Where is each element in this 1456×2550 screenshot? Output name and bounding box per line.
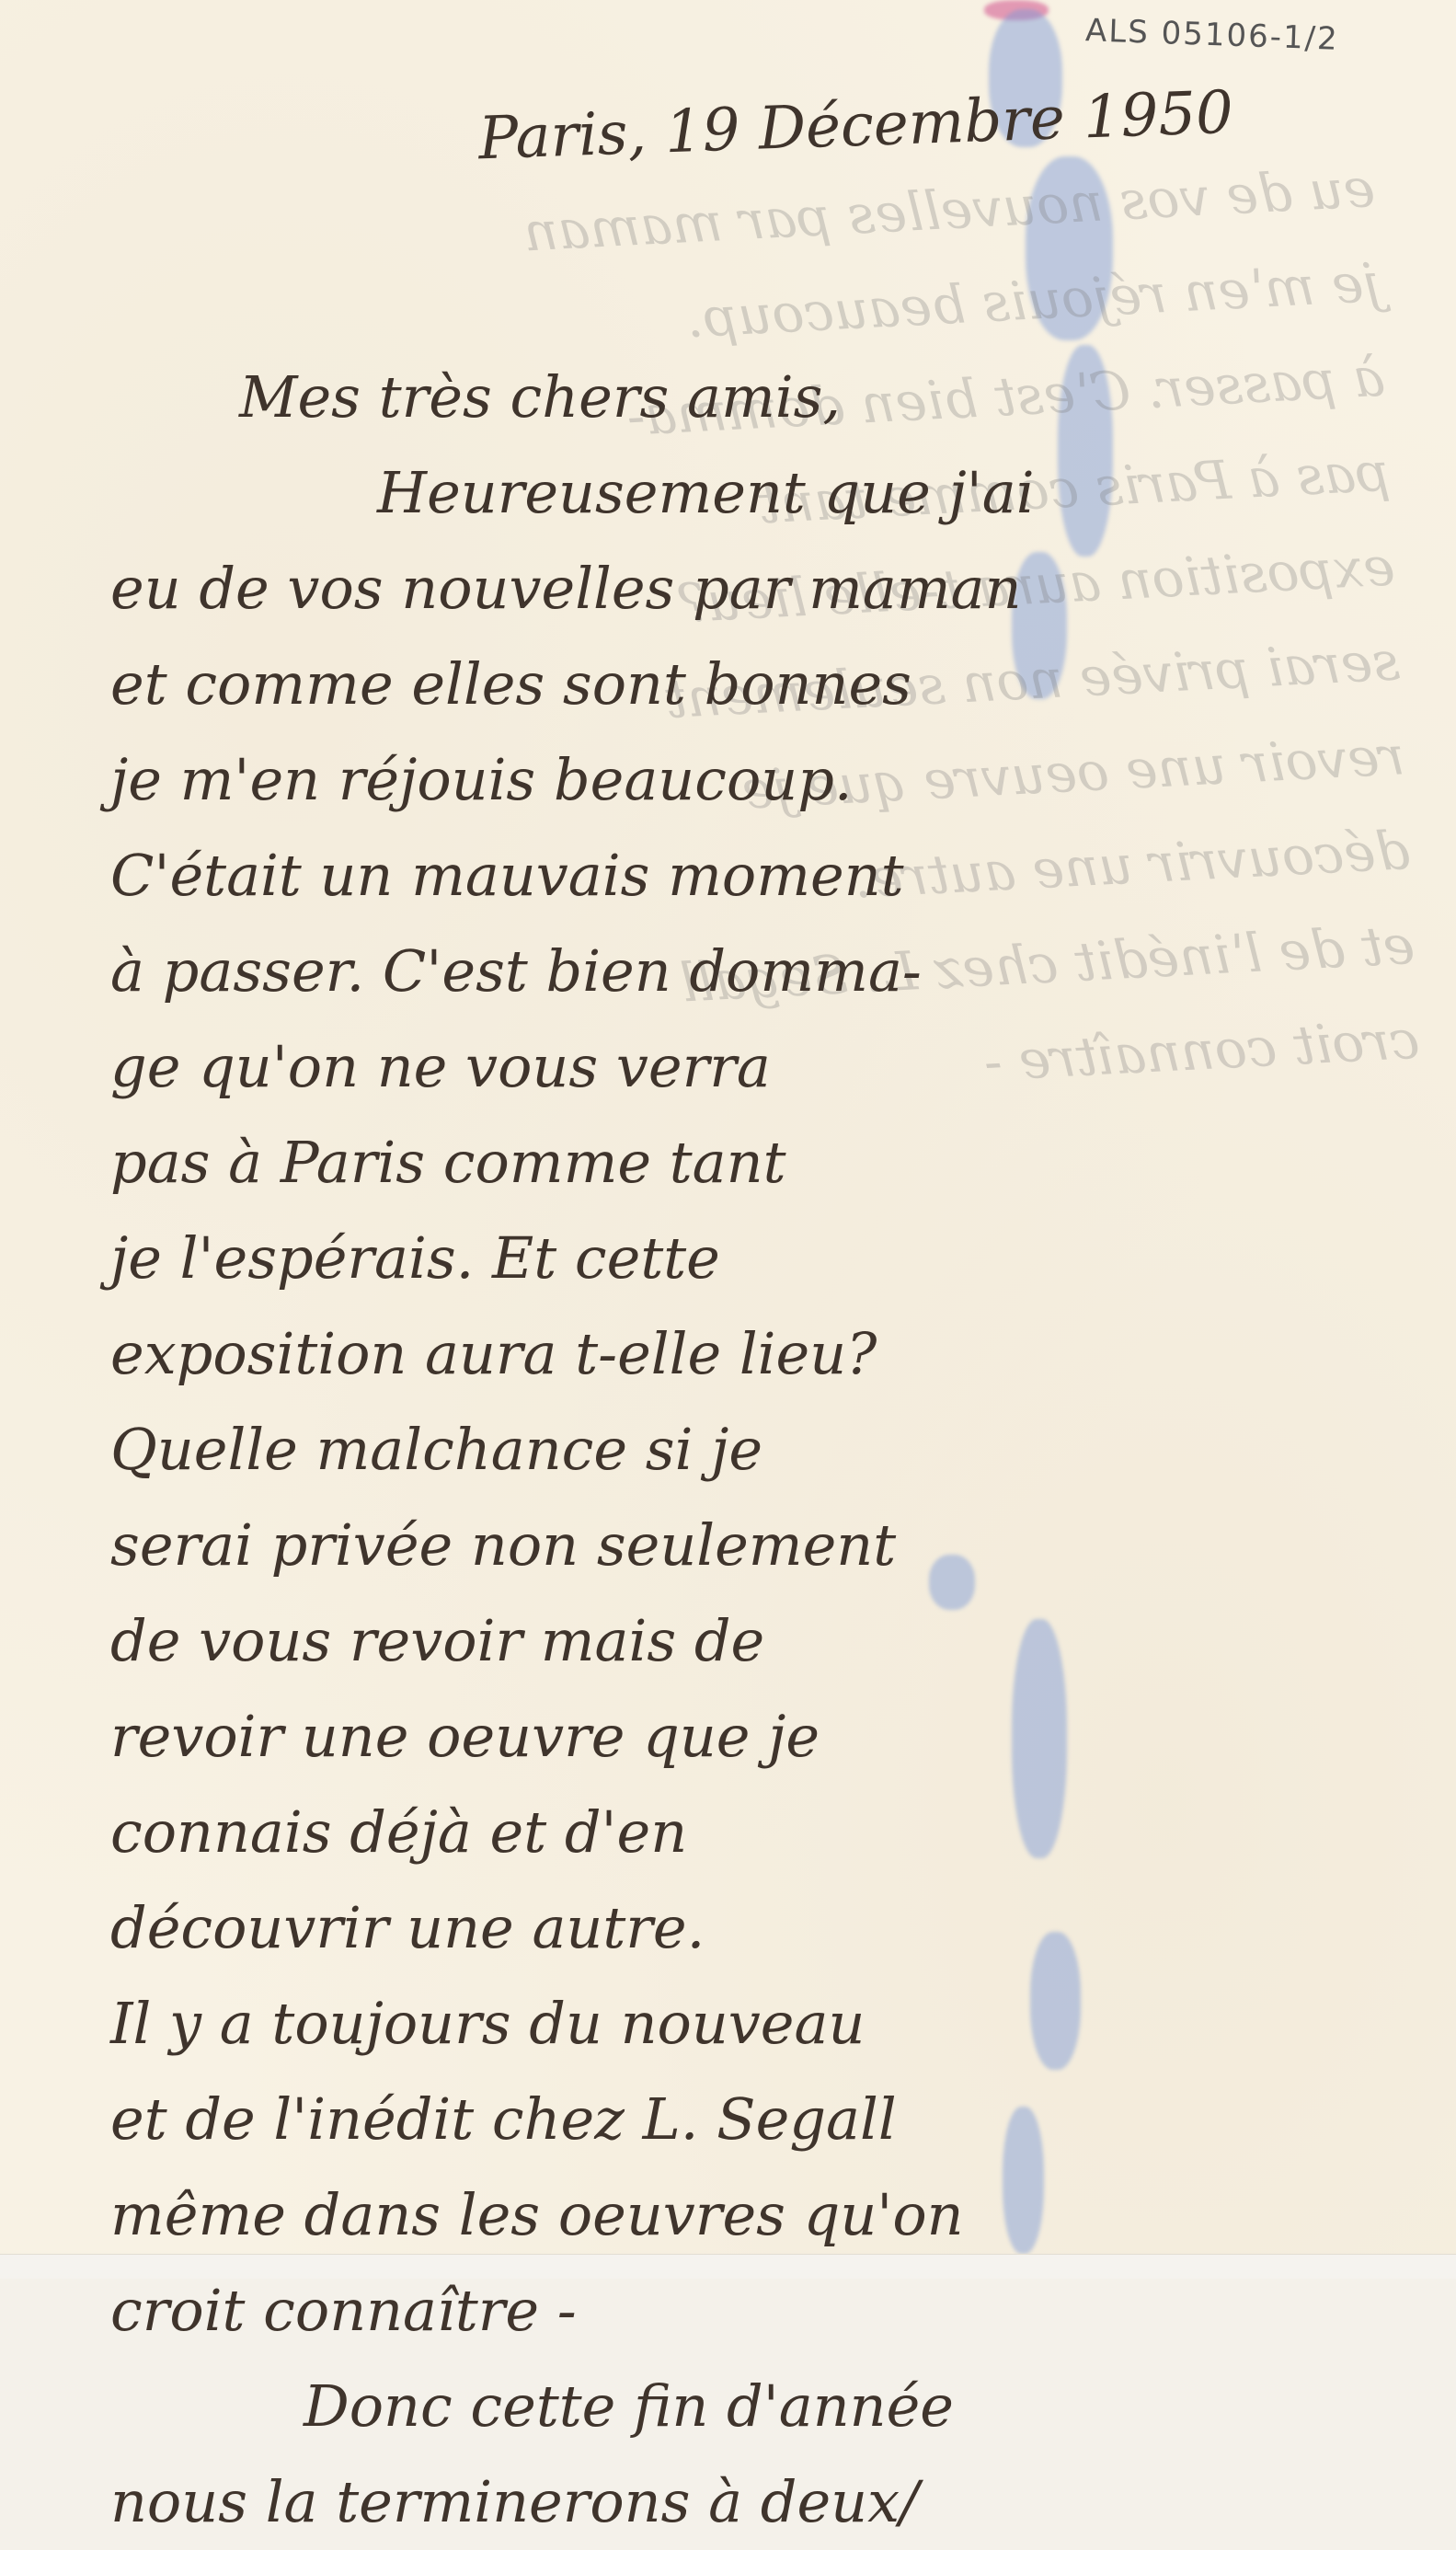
letter-line: serai privée non seulement: [110, 1498, 1416, 1593]
letter-line: à passer. C'est bien domma-: [110, 924, 1416, 1019]
letter-line: revoir une oeuvre que je: [110, 1689, 1416, 1785]
letter-body: Mes très chers amis, Heureusement que j'…: [110, 350, 1416, 2278]
scan-bottom-margin: [0, 2254, 1456, 2278]
letter-line: ge qu'on ne vous verra: [110, 1019, 1416, 1115]
letter-line: je l'espérais. Et cette: [110, 1211, 1416, 1306]
letter-line: je m'en réjouis beaucoup.: [110, 732, 1416, 828]
bleed-line: eu de vos nouvelles par maman: [50, 141, 1377, 304]
letter-line: exposition aura t-elle lieu?: [110, 1306, 1416, 1402]
letter-line: Heureusement que j'ai: [110, 445, 1416, 541]
letter-line: découvrir une autre.: [110, 1880, 1416, 1976]
letter-line: et comme elles sont bonnes: [110, 637, 1416, 732]
letter-line: connais déjà et d'en: [110, 1785, 1416, 1880]
letter-line: pas à Paris comme tant: [110, 1115, 1416, 1211]
letter-line: même dans les oeuvres qu'on: [110, 2167, 1416, 2263]
date-line: Paris, 19 Décembre 1950: [477, 79, 1234, 174]
letter-line: eu de vos nouvelles par maman: [110, 541, 1416, 637]
letter-line: Il y a toujours du nouveau: [110, 1976, 1416, 2072]
catalog-number: ALS 05106-1/2: [1084, 12, 1339, 58]
letter-line: et de l'inédit chez L. Segall: [110, 2072, 1416, 2167]
letter-page: ALS 05106-1/2 Paris, 19 Décembre 1950 eu…: [0, 0, 1456, 2254]
letter-line: C'était un mauvais moment: [110, 828, 1416, 924]
letter-line: de vous revoir mais de: [110, 1593, 1416, 1689]
ink-stain: [1026, 156, 1113, 340]
salutation: Mes très chers amis,: [110, 350, 1416, 445]
letter-line: Quelle malchance si je: [110, 1402, 1416, 1498]
